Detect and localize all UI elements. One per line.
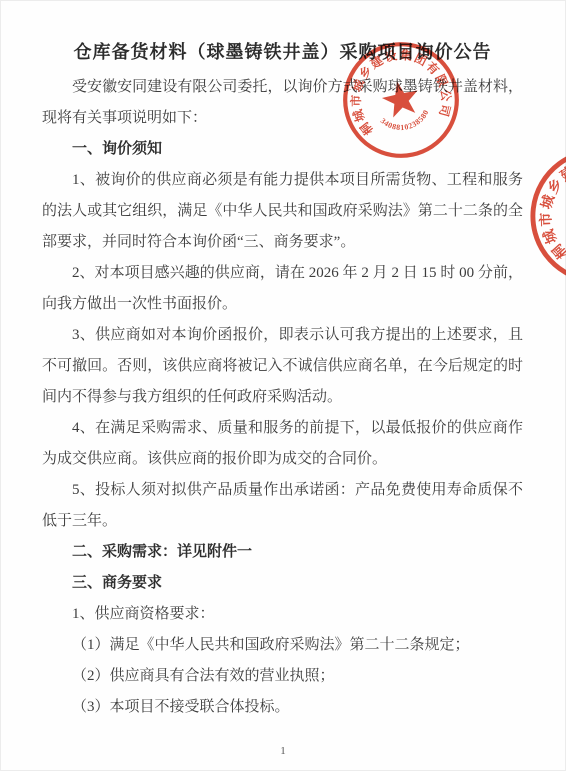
qualification-heading: 1、供应商资格要求： (42, 599, 523, 630)
notice-item-2: 2、对本项目感兴趣的供应商，请在 2026 年 2 月 2 日 15 时 00 … (42, 258, 523, 320)
document-page: 仓库备货材料（球墨铸铁井盖）采购项目询价公告 受安徽安同建设有限公司委托，以询价… (0, 0, 566, 771)
notice-item-4: 4、在满足采购需求、质量和服务的前提下，以最低报价的供应商作为成交供应商。该供应… (42, 413, 523, 475)
notice-item-3: 3、供应商如对本询价函报价，即表示认可我方提出的上述要求，且不可撤回。否则，该供… (42, 320, 523, 413)
section-1-heading: 一、询价须知 (42, 134, 523, 165)
document-title: 仓库备货材料（球墨铸铁井盖）采购项目询价公告 (42, 38, 523, 66)
qualification-item-2: （2）供应商具有合法有效的营业执照； (42, 661, 523, 692)
intro-paragraph: 受安徽安同建设有限公司委托，以询价方式采购球墨铸铁井盖材料，现将有关事项说明如下… (42, 72, 523, 134)
qualification-item-3: （3）本项目不接受联合体投标。 (42, 692, 523, 723)
notice-item-1: 1、被询价的供应商必须是有能力提供本项目所需货物、工程和服务的法人或其它组织，满… (42, 165, 523, 258)
document-content: 仓库备货材料（球墨铸铁井盖）采购项目询价公告 受安徽安同建设有限公司委托，以询价… (0, 0, 566, 723)
notice-item-5: 5、投标人须对拟供产品质量作出承诺函：产品免费使用寿命质保不低于三年。 (42, 475, 523, 537)
section-2-heading: 二、采购需求：详见附件一 (42, 537, 523, 568)
qualification-item-1: （1）满足《中华人民共和国政府采购法》第二十二条规定； (42, 630, 523, 661)
section-3-heading: 三、商务要求 (42, 568, 523, 599)
page-number: 1 (0, 745, 566, 757)
